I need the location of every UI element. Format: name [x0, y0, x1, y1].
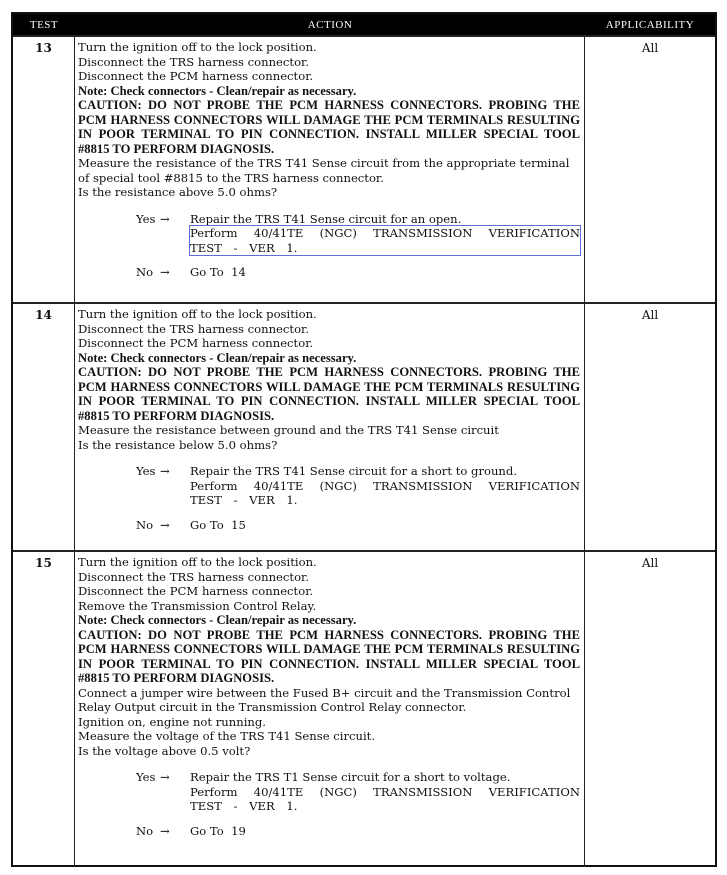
instruction-text: Measure the voltage of the TRS T41 Sense…: [78, 729, 580, 744]
step-text: Disconnect the PCM harness connector.: [78, 584, 580, 599]
yes-action: Repair the TRS T41 Sense circuit for an …: [190, 212, 580, 227]
step-text: Remove the Transmission Control Relay.: [78, 599, 580, 614]
instruction-text: Measure the resistance of the TRS T41 Se…: [78, 156, 580, 185]
action-cell: Turn the ignition off to the lock positi…: [75, 304, 585, 550]
no-branch: No → Go To 15: [136, 518, 580, 533]
test-number: 13: [13, 37, 75, 302]
step-text: Disconnect the TRS harness connector.: [78, 322, 580, 337]
yes-branch: Yes → Repair the TRS T1 Sense circuit fo…: [136, 770, 580, 814]
header-test: TEST: [13, 19, 75, 31]
caution-text: CAUTION: DO NOT PROBE THE PCM HARNESS CO…: [78, 365, 580, 423]
step-text: Disconnect the PCM harness connector.: [78, 336, 580, 351]
arrow-icon: →: [160, 518, 190, 533]
verification-test-link[interactable]: Perform 40/41TE (NGC) TRANSMISSION VERIF…: [190, 226, 580, 255]
yes-action: Repair the TRS T41 Sense circuit for a s…: [190, 464, 580, 479]
no-branch: No → Go To 19: [136, 824, 580, 839]
table-row: 14 Turn the ignition off to the lock pos…: [13, 302, 715, 550]
yes-branch: Yes → Repair the TRS T41 Sense circuit f…: [136, 464, 580, 508]
step-text: Disconnect the TRS harness connector.: [78, 55, 580, 70]
arrow-icon: →: [160, 770, 190, 814]
yes-branch: Yes → Repair the TRS T41 Sense circuit f…: [136, 212, 580, 256]
test-number: 15: [13, 552, 75, 865]
test-number: 14: [13, 304, 75, 550]
goto-step-link[interactable]: Go To 19: [190, 824, 580, 839]
step-text: Turn the ignition off to the lock positi…: [78, 555, 580, 570]
action-cell: Turn the ignition off to the lock positi…: [75, 37, 585, 302]
instruction-text: Measure the resistance between ground an…: [78, 423, 580, 438]
applicability-value: All: [585, 552, 715, 865]
diagnostic-table: TEST ACTION APPLICABILITY 13 Turn the ig…: [11, 12, 717, 867]
step-text: Turn the ignition off to the lock positi…: [78, 40, 580, 55]
instruction-text: Connect a jumper wire between the Fused …: [78, 686, 580, 715]
yes-label: Yes: [136, 770, 160, 814]
arrow-icon: →: [160, 464, 190, 508]
yes-label: Yes: [136, 212, 160, 256]
instruction-text: Is the resistance below 5.0 ohms?: [78, 438, 580, 453]
step-text: Turn the ignition off to the lock positi…: [78, 307, 580, 322]
arrow-icon: →: [160, 212, 190, 256]
yes-label: Yes: [136, 464, 160, 508]
yes-action: Repair the TRS T1 Sense circuit for a sh…: [190, 770, 580, 785]
note-text: Note: Check connectors - Clean/repair as…: [78, 84, 580, 99]
header-applicability: APPLICABILITY: [585, 19, 715, 31]
applicability-value: All: [585, 304, 715, 550]
no-label: No: [136, 824, 160, 839]
header-action: ACTION: [75, 19, 585, 31]
table-header: TEST ACTION APPLICABILITY: [13, 14, 715, 35]
note-text: Note: Check connectors - Clean/repair as…: [78, 613, 580, 628]
arrow-icon: →: [160, 824, 190, 839]
verification-test-link[interactable]: Perform 40/41TE (NGC) TRANSMISSION VERIF…: [190, 479, 580, 508]
caution-text: CAUTION: DO NOT PROBE THE PCM HARNESS CO…: [78, 628, 580, 686]
no-label: No: [136, 265, 160, 280]
action-cell: Turn the ignition off to the lock positi…: [75, 552, 585, 865]
step-text: Disconnect the PCM harness connector.: [78, 69, 580, 84]
goto-step-link[interactable]: Go To 15: [190, 518, 580, 533]
step-text: Disconnect the TRS harness connector.: [78, 570, 580, 585]
table-row: 15 Turn the ignition off to the lock pos…: [13, 550, 715, 865]
note-text: Note: Check connectors - Clean/repair as…: [78, 351, 580, 366]
goto-step-link[interactable]: Go To 14: [190, 265, 580, 280]
applicability-value: All: [585, 37, 715, 302]
instruction-text: Is the voltage above 0.5 volt?: [78, 744, 580, 759]
verification-test-link[interactable]: Perform 40/41TE (NGC) TRANSMISSION VERIF…: [190, 785, 580, 814]
no-label: No: [136, 518, 160, 533]
no-branch: No → Go To 14: [136, 265, 580, 280]
table-row: 13 Turn the ignition off to the lock pos…: [13, 35, 715, 302]
instruction-text: Ignition on, engine not running.: [78, 715, 580, 730]
instruction-text: Is the resistance above 5.0 ohms?: [78, 185, 580, 200]
arrow-icon: →: [160, 265, 190, 280]
caution-text: CAUTION: DO NOT PROBE THE PCM HARNESS CO…: [78, 98, 580, 156]
